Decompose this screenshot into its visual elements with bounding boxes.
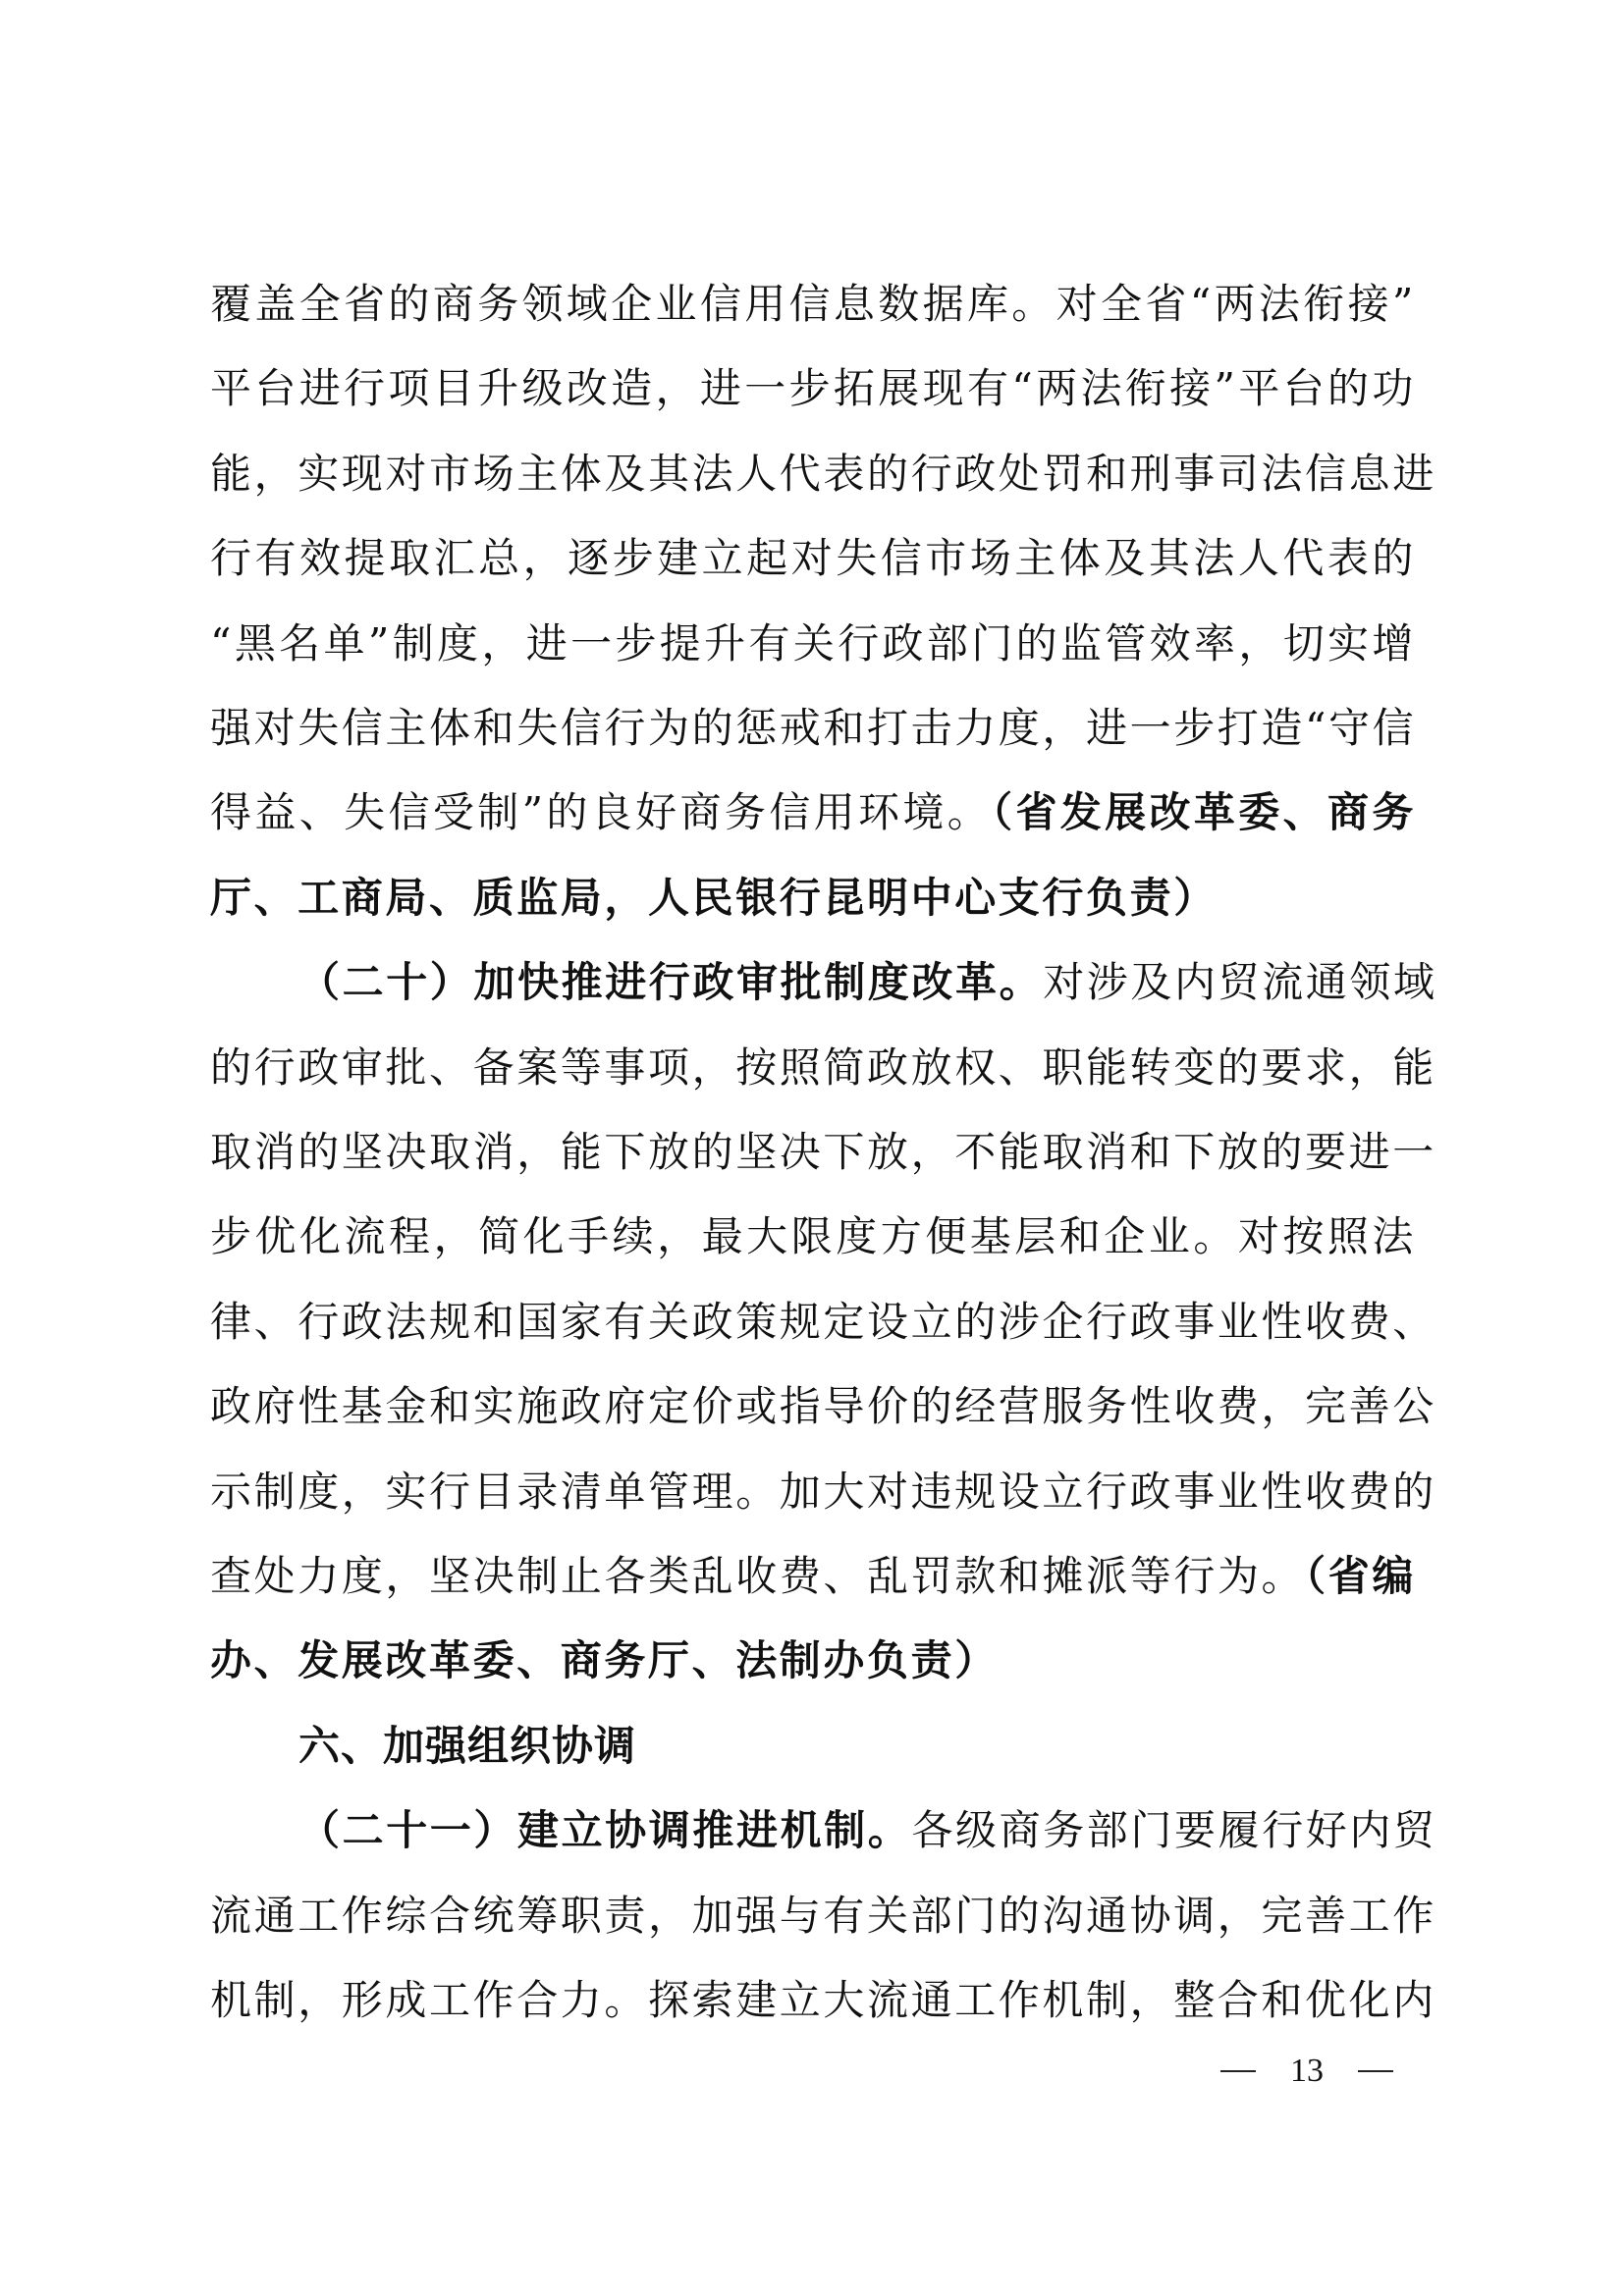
body-segment: 的行政审批、备案等事项，按照简政放权、职能转变的要求，能	[210, 1043, 1436, 1092]
body-segment: 步优化流程，简化手续，最大限度方便基层和企业。对按照法	[210, 1212, 1416, 1260]
body-segment: 取消的坚决取消，能下放的坚决下放，不能取消和下放的要进一	[210, 1128, 1436, 1176]
text-line: 厅、工商局、质监局，人民银行昆明中心支行负责）	[210, 874, 1416, 923]
kaiti-segment: （省发展改革委、商务	[992, 788, 1416, 836]
text-line: 流通工作综合统筹职责，加强与有关部门的沟通协调，完善工作	[210, 1892, 1416, 1941]
body-segment: 覆盖全省的商务领域企业信用信息数据库。对全省“两法衔接”	[210, 280, 1416, 328]
section-heading: 六、加强组织协调	[298, 1722, 1416, 1771]
kaiti-segment: （二十）加快推进行政审批制度改革。	[298, 958, 1043, 1006]
text-line: 能，实现对市场主体及其法人代表的行政处罚和刑事司法信息进	[210, 450, 1416, 499]
text-line: 平台进行项目升级改造，进一步拓展现有“两法衔接”平台的功	[210, 364, 1416, 413]
body-segment: 查处力度，坚决制止各类乱收费、乱罚款和摊派等行为。	[210, 1552, 1305, 1600]
body-segment: 机制，形成工作合力。探索建立大流通工作机制，整合和优化内	[210, 1976, 1436, 2024]
text-line: 的行政审批、备案等事项，按照简政放权、职能转变的要求，能	[210, 1043, 1416, 1093]
text-line: 示制度，实行目录清单管理。加大对违规设立行政事业性收费的	[210, 1468, 1416, 1517]
document-page: 覆盖全省的商务领域企业信用信息数据库。对全省“两法衔接”平台进行项目升级改造，进…	[0, 0, 1624, 2296]
body-segment: 行有效提取汇总，逐步建立起对失信市场主体及其法人代表的	[210, 534, 1416, 582]
text-line: 取消的坚决取消，能下放的坚决下放，不能取消和下放的要进一	[210, 1128, 1416, 1177]
body-segment: 各级商务部门要履行好内贸	[911, 1806, 1436, 1854]
page-number-dash-right	[1358, 2070, 1393, 2072]
kaiti-segment: 办、发展改革委、商务厅、法制办负责）	[210, 1636, 999, 1684]
kaiti-segment: （省编	[1305, 1552, 1416, 1600]
page-number-dash-left	[1220, 2070, 1256, 2072]
page-number-value: 13	[1290, 2052, 1324, 2091]
text-line: “黑名单”制度，进一步提升有关行政部门的监管效率，切实增	[210, 619, 1416, 668]
body-segment: 流通工作综合统筹职责，加强与有关部门的沟通协调，完善工作	[210, 1892, 1436, 1940]
heading-text: 六、加强组织协调	[298, 1722, 636, 1770]
text-line: 律、行政法规和国家有关政策规定设立的涉企行政事业性收费、	[210, 1298, 1416, 1347]
text-line: 行有效提取汇总，逐步建立起对失信市场主体及其法人代表的	[210, 534, 1416, 583]
body-segment: 示制度，实行目录清单管理。加大对违规设立行政事业性收费的	[210, 1468, 1436, 1516]
text-line: （二十一）建立协调推进机制。各级商务部门要履行好内贸	[298, 1806, 1416, 1855]
text-line: （二十）加快推进行政审批制度改革。对涉及内贸流通领域	[298, 958, 1416, 1007]
body-segment: 能，实现对市场主体及其法人代表的行政处罚和刑事司法信息进	[210, 450, 1436, 498]
kaiti-segment: 厅、工商局、质监局，人民银行昆明中心支行负责）	[210, 874, 1218, 922]
body-segment: 对涉及内贸流通领域	[1043, 958, 1436, 1006]
text-line: 覆盖全省的商务领域企业信用信息数据库。对全省“两法衔接”	[210, 280, 1416, 329]
body-segment: 得益、失信受制”的良好商务信用环境。	[210, 788, 992, 836]
body-segment: “黑名单”制度，进一步提升有关行政部门的监管效率，切实增	[210, 619, 1416, 667]
text-line: 强对失信主体和失信行为的惩戒和打击力度，进一步打造“守信	[210, 704, 1416, 753]
text-line: 办、发展改革委、商务厅、法制办负责）	[210, 1636, 1416, 1685]
text-line: 得益、失信受制”的良好商务信用环境。（省发展改革委、商务	[210, 788, 1416, 837]
text-line: 查处力度，坚决制止各类乱收费、乱罚款和摊派等行为。（省编	[210, 1552, 1416, 1601]
kaiti-segment: （二十一）建立协调推进机制。	[298, 1806, 911, 1854]
body-segment: 强对失信主体和失信行为的惩戒和打击力度，进一步打造“守信	[210, 704, 1416, 752]
body-segment: 政府性基金和实施政府定价或指导价的经营服务性收费，完善公	[210, 1382, 1436, 1430]
body-segment: 律、行政法规和国家有关政策规定设立的涉企行政事业性收费、	[210, 1298, 1436, 1346]
text-line: 政府性基金和实施政府定价或指导价的经营服务性收费，完善公	[210, 1382, 1416, 1431]
text-line: 机制，形成工作合力。探索建立大流通工作机制，整合和优化内	[210, 1976, 1416, 2025]
body-segment: 平台进行项目升级改造，进一步拓展现有“两法衔接”平台的功	[210, 364, 1416, 412]
page-number: 13	[1220, 2052, 1393, 2091]
text-line: 步优化流程，简化手续，最大限度方便基层和企业。对按照法	[210, 1212, 1416, 1261]
